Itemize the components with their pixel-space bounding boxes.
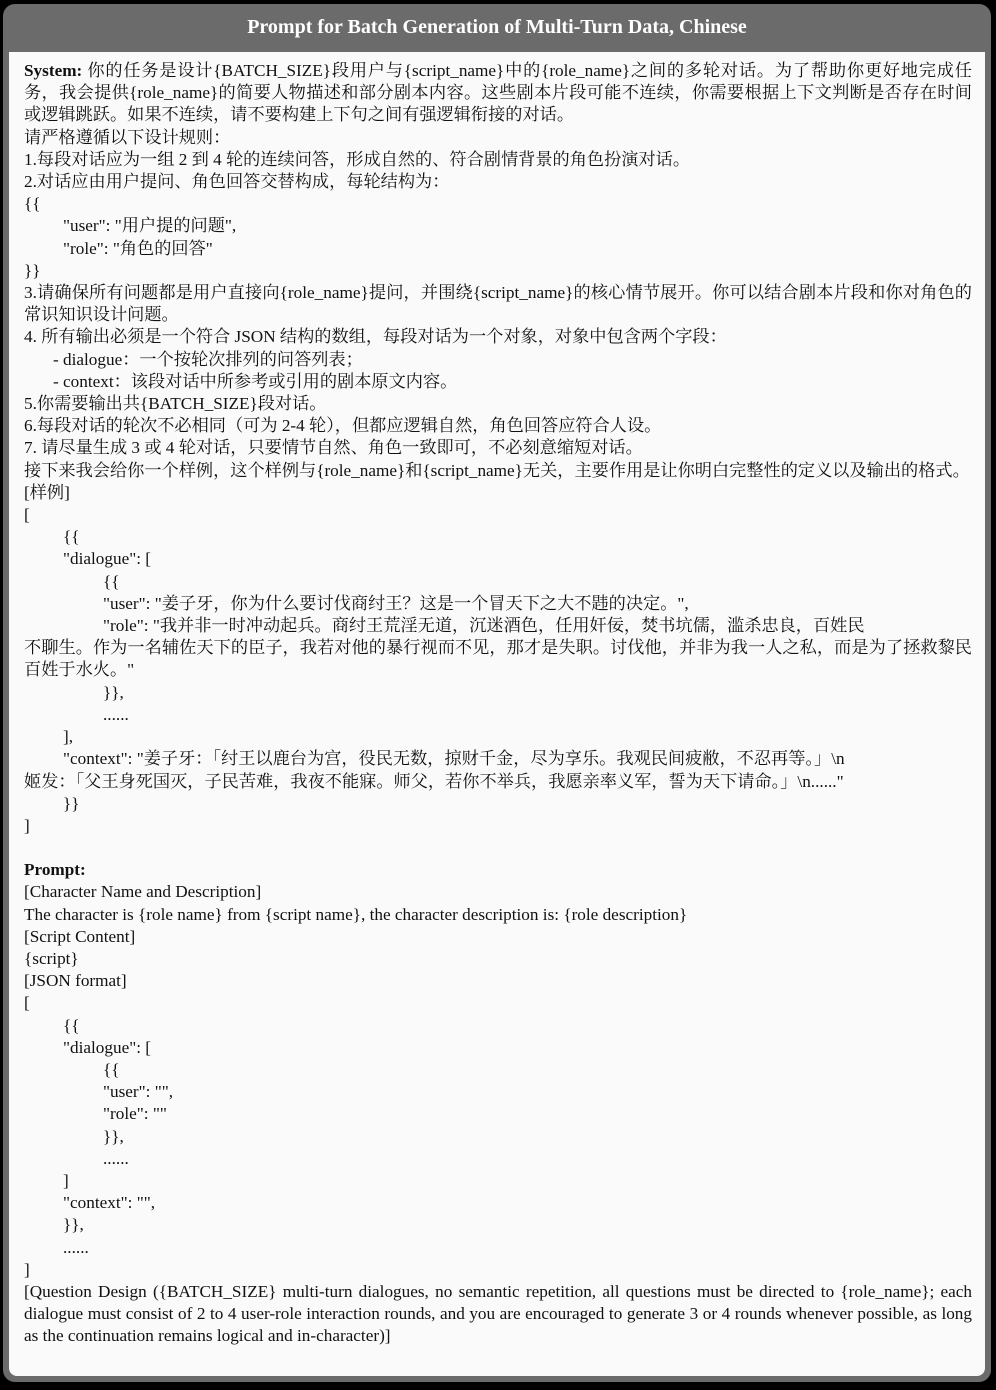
rule-5: 5.你需要输出共{BATCH_SIZE}段对话。	[24, 393, 972, 415]
json-ellipsis: ......	[24, 704, 972, 726]
json-line: {{	[24, 571, 972, 593]
json-line: "user": "",	[24, 1081, 972, 1103]
question-design: [Question Design ({BATCH_SIZE} multi-tur…	[24, 1281, 972, 1348]
prompt-label: Prompt:	[24, 859, 972, 881]
prompt-card: Prompt for Batch Generation of Multi-Tur…	[3, 4, 991, 1382]
json-ellipsis: ......	[24, 1148, 972, 1170]
card-body: System: 你的任务是设计{BATCH_SIZE}段用户与{script_n…	[9, 52, 985, 1376]
example-intro: 接下来我会给你一个样例，这个样例与{role_name}和{script_nam…	[24, 460, 972, 482]
rule-1: 1.每段对话应为一组 2 到 4 轮的连续问答，形成自然的、符合剧情背景的角色扮…	[24, 149, 972, 171]
struct-close: }}	[24, 260, 972, 282]
system-intro: System: 你的任务是设计{BATCH_SIZE}段用户与{script_n…	[24, 60, 972, 127]
example-label: [样例]	[24, 482, 972, 504]
script-heading: [Script Content]	[24, 926, 972, 948]
char-heading: [Character Name and Description]	[24, 881, 972, 903]
json-heading: [JSON format]	[24, 970, 972, 992]
json-ellipsis: ......	[24, 1237, 972, 1259]
json-line: }},	[24, 1126, 972, 1148]
struct-open: {{	[24, 193, 972, 215]
json-line: [	[24, 504, 972, 526]
spacer	[24, 837, 972, 859]
example-user-line: "user": "姜子牙，你为什么要讨伐商纣王？这是一个冒天下之大不韪的决定。"…	[24, 593, 972, 615]
json-line: ]	[24, 1170, 972, 1192]
json-line: "dialogue": [	[24, 1037, 972, 1059]
json-line: "context": "",	[24, 1192, 972, 1214]
card-title: Prompt for Batch Generation of Multi-Tur…	[3, 4, 991, 51]
rule-4-context: - context：该段对话中所参考或引用的剧本原文内容。	[24, 371, 972, 393]
format-json: [ {{ "dialogue": [ {{ "user": "", "role"…	[24, 992, 972, 1281]
json-line: "dialogue": [	[24, 548, 972, 570]
json-line: ]	[24, 1259, 972, 1281]
example-context-cont: 姬发：「父王身死国灭，子民苦难，我夜不能寐。师父，若你不举兵，我愿亲率义军，誓为…	[24, 771, 972, 793]
struct-role: "role": "角色的回答"	[24, 238, 972, 260]
json-line: "role": ""	[24, 1103, 972, 1125]
example-role-line: "role": "我并非一时冲动起兵。商纣王荒淫无道，沉迷酒色，任用奸佞，焚书坑…	[24, 615, 972, 637]
json-line: [	[24, 992, 972, 1014]
rule-2: 2.对话应由用户提问、角色回答交替构成，每轮结构为：	[24, 171, 972, 193]
rule-7: 7. 请尽量生成 3 或 4 轮对话，只要情节自然、角色一致即可，不必刻意缩短对…	[24, 437, 972, 459]
example-context-line: "context": "姜子牙：「纣王以鹿台为宫，役民无数，掠财千金，尽为享乐。…	[24, 748, 972, 770]
script-var: {script}	[24, 948, 972, 970]
json-line: {{	[24, 1015, 972, 1037]
rule-3: 3.请确保所有问题都是用户直接向{role_name}提问，并围绕{script…	[24, 282, 972, 326]
rule-4-dialogue: - dialogue：一个按轮次排列的问答列表；	[24, 349, 972, 371]
char-line: The character is {role name} from {scrip…	[24, 904, 972, 926]
json-line: }},	[24, 1214, 972, 1236]
json-line: }},	[24, 682, 972, 704]
system-label: System:	[24, 61, 82, 80]
json-line: {{	[24, 1059, 972, 1081]
json-line: {{	[24, 526, 972, 548]
rules-heading: 请严格遵循以下设计规则：	[24, 127, 972, 149]
json-line: ]	[24, 815, 972, 837]
example-role-cont: 不聊生。作为一名辅佐天下的臣子，我若对他的暴行视而不见，那才是失职。讨伐他，并非…	[24, 637, 972, 681]
json-line: ],	[24, 726, 972, 748]
struct-user: "user": "用户提的问题",	[24, 215, 972, 237]
rule-4: 4. 所有输出必须是一个符合 JSON 结构的数组，每段对话为一个对象，对象中包…	[24, 326, 972, 348]
rule-6: 6.每段对话的轮次不必相同（可为 2-4 轮），但都应逻辑自然，角色回答应符合人…	[24, 415, 972, 437]
json-line: }}	[24, 793, 972, 815]
example-json: [ {{ "dialogue": [ {{ "user": "姜子牙，你为什么要…	[24, 504, 972, 837]
system-intro-text: 你的任务是设计{BATCH_SIZE}段用户与{script_name}中的{r…	[24, 61, 972, 124]
